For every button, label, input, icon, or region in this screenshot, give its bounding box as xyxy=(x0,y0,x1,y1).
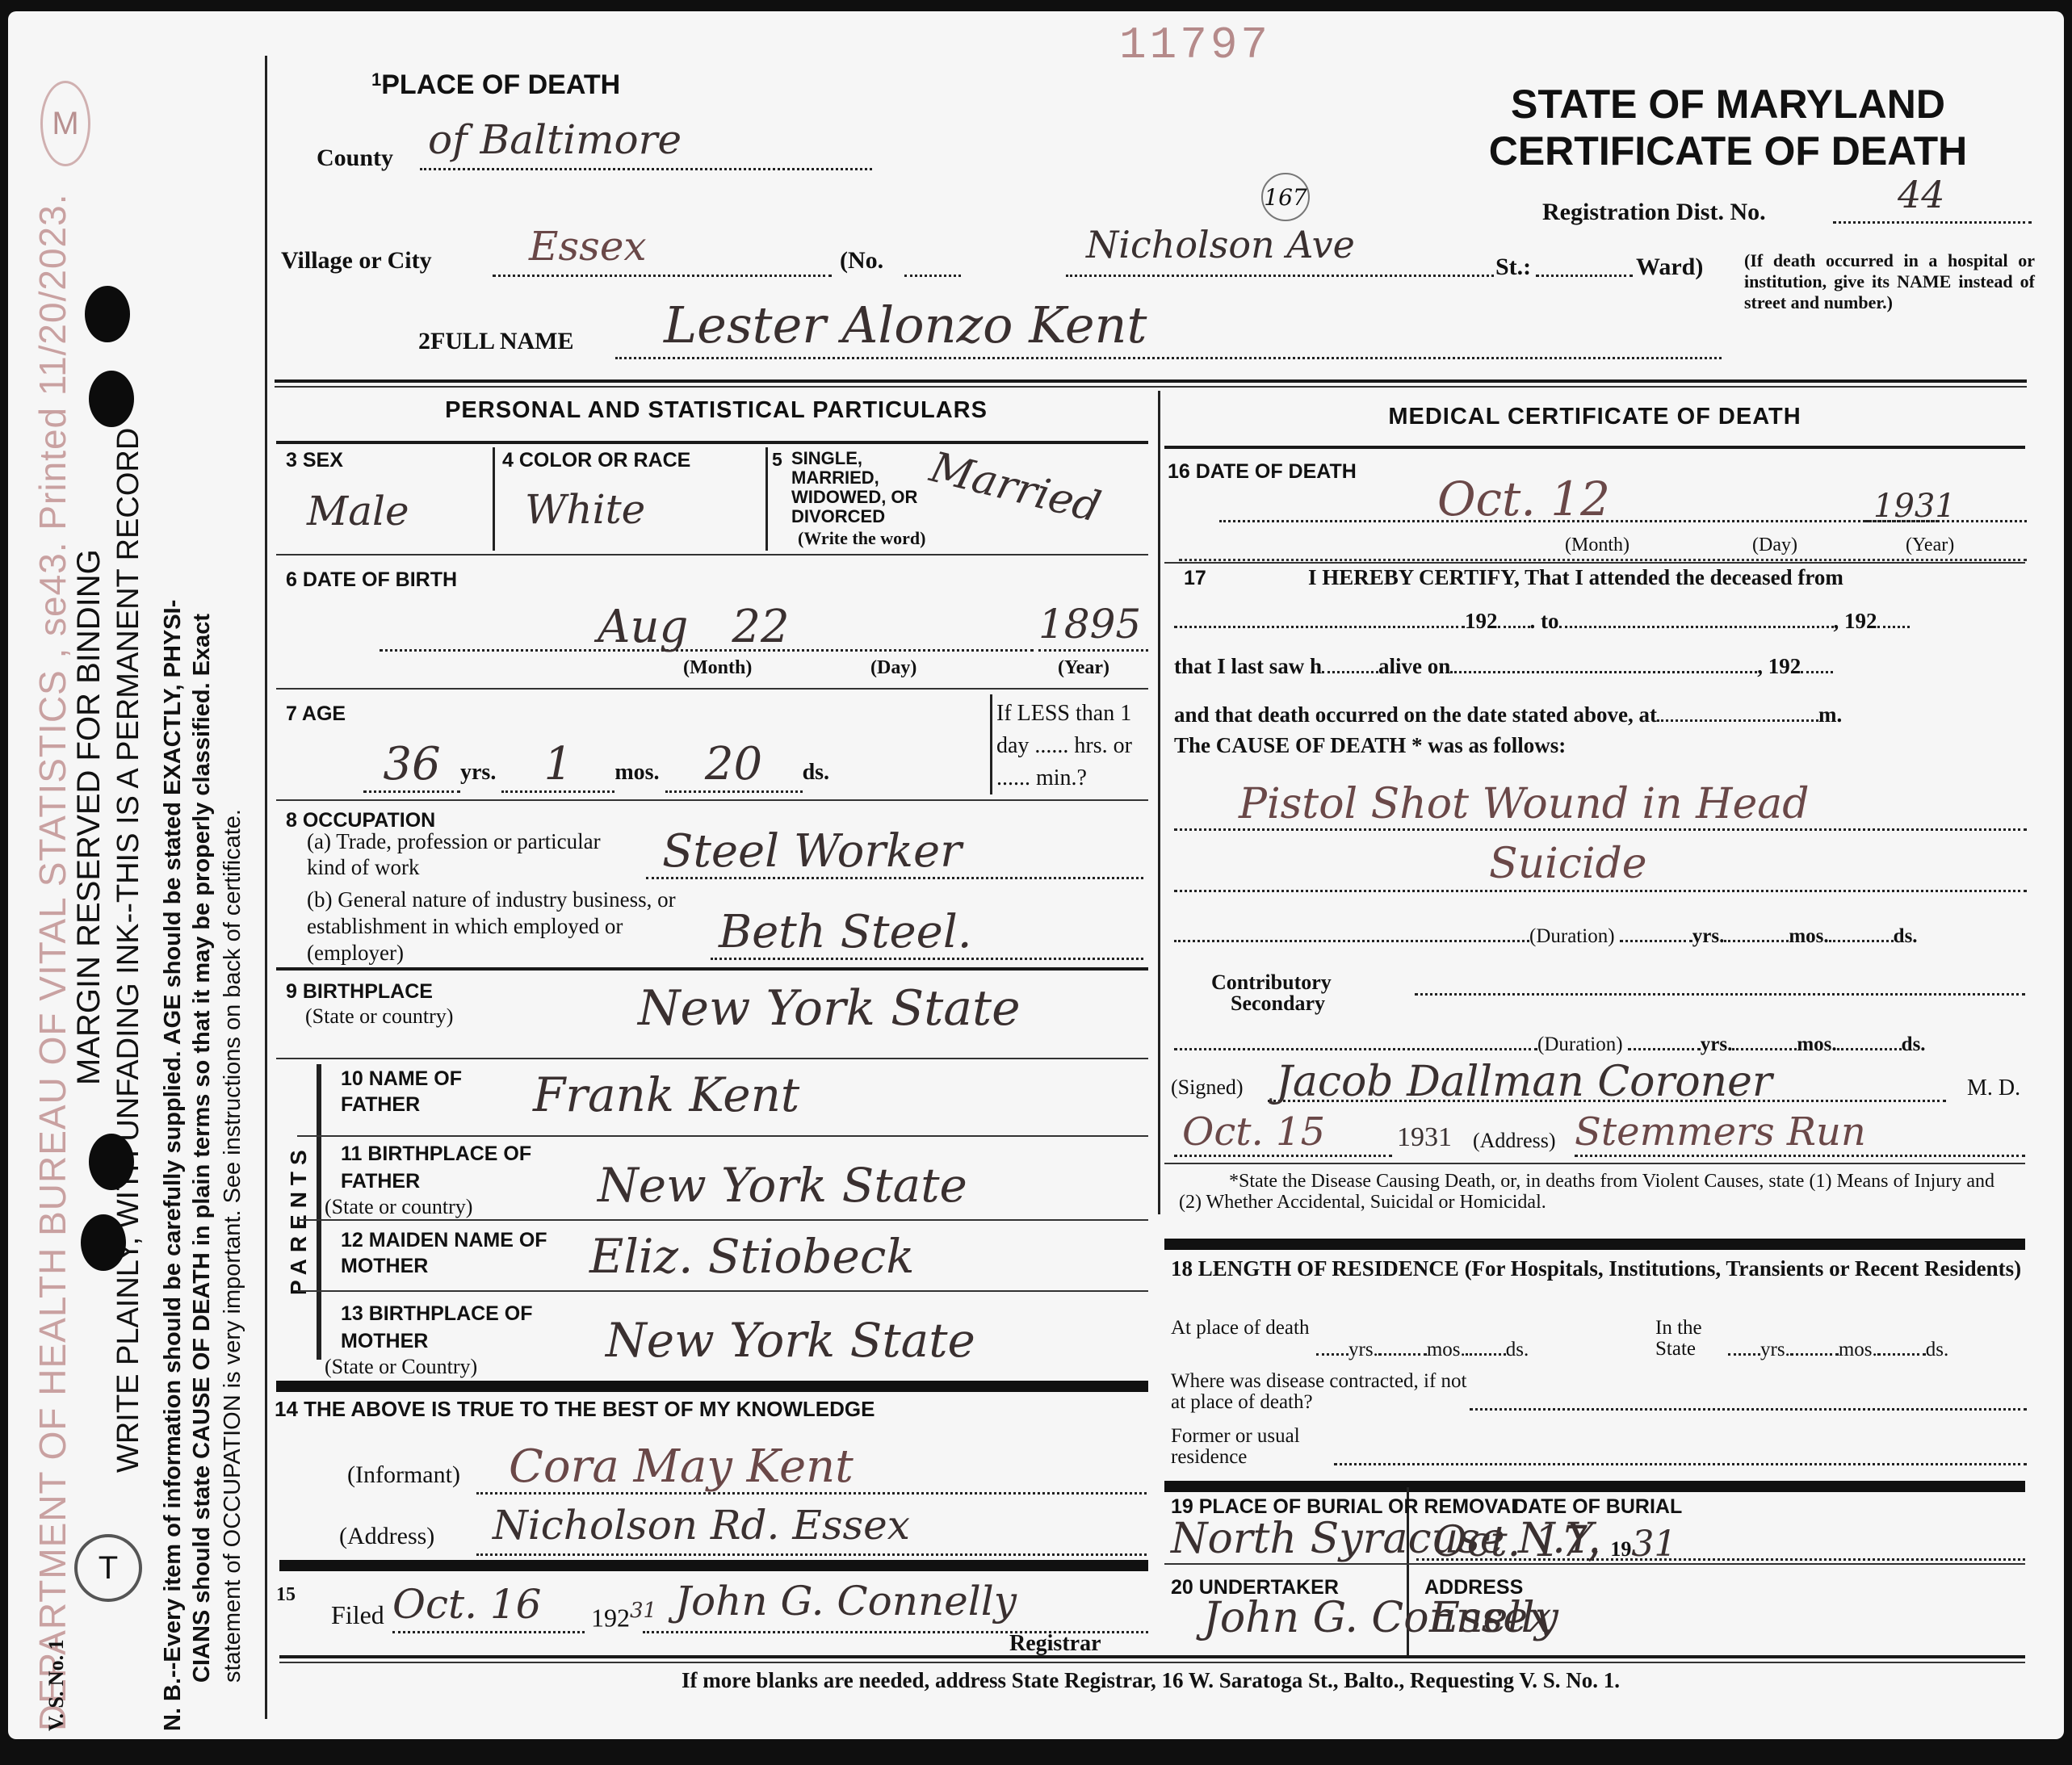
row-rule xyxy=(297,1290,1148,1292)
parents-bracket xyxy=(317,1064,321,1360)
mother-birthplace-label: 13 BIRTHPLACE OF MOTHER xyxy=(341,1300,551,1355)
age-label: 7 AGE xyxy=(286,702,346,726)
printed-stamp-text: DEPARTMENT OF HEALTH BUREAU OF VITAL STA… xyxy=(31,194,74,1732)
age-years-field[interactable]: 36 xyxy=(363,738,460,793)
in-state-ds-field[interactable] xyxy=(1877,1353,1926,1356)
serial-number: 11797 xyxy=(1119,19,1271,71)
father-birthplace-label: 11 BIRTHPLACE OF FATHER xyxy=(341,1140,551,1195)
attended-from-year-field[interactable] xyxy=(1498,626,1530,628)
hospital-note: (If death occurred in a hospital or inst… xyxy=(1744,250,2035,313)
street-suffix-label: St.: xyxy=(1495,254,1531,281)
father-name-value[interactable]: Frank Kent xyxy=(533,1067,799,1122)
day-caption: (Day) xyxy=(870,657,916,679)
street-number-label: (No. xyxy=(840,247,883,275)
in-state-mos-field[interactable] xyxy=(1790,1353,1839,1356)
registrar-label: Registrar xyxy=(1009,1631,1101,1657)
footer-rule xyxy=(279,1662,2025,1663)
city-field[interactable]: Essex xyxy=(493,223,832,277)
death-certificate: DEPARTMENT OF HEALTH BUREAU OF VITAL STA… xyxy=(8,11,2064,1739)
in-state-label: In the State xyxy=(1655,1318,1728,1360)
write-plainly-text: WRITE PLAINLY, WITH UNFADING INK--THIS I… xyxy=(111,428,146,1473)
year-caption: (Year) xyxy=(1058,657,1109,679)
race-label: 4 COLOR OR RACE xyxy=(502,449,690,472)
at-place-yrs-field[interactable] xyxy=(1316,1353,1348,1356)
occupation-a-label: (a) Trade, profession or particular kind… xyxy=(307,828,630,880)
duration-yrs-field[interactable] xyxy=(1620,940,1692,942)
date-of-death-captions: (Month) (Day) (Year) xyxy=(1179,535,2027,561)
mother-birthplace-value[interactable]: New York State xyxy=(606,1313,975,1368)
father-birthplace-value[interactable]: New York State xyxy=(598,1158,967,1213)
month-caption: (Month) xyxy=(683,657,752,679)
signed-label: (Signed) xyxy=(1171,1075,1244,1100)
cell-divider xyxy=(493,447,495,551)
row-rule xyxy=(276,1381,1148,1392)
occupation-a-field[interactable]: Steel Worker xyxy=(646,825,1143,879)
mother-maiden-label: 12 MAIDEN NAME OF MOTHER xyxy=(341,1227,551,1279)
duration-ds-field[interactable] xyxy=(1829,940,1894,942)
attended-to-field[interactable] xyxy=(1559,626,1834,628)
section-rule xyxy=(1164,446,2025,449)
residence-label: 18 LENGTH OF RESIDENCE (For Hospitals, I… xyxy=(1171,1255,2027,1282)
nb-instructions-line3: statement of OCCUPATION is very importan… xyxy=(220,809,246,1683)
race-value[interactable]: White xyxy=(525,486,645,533)
row-rule xyxy=(1164,1481,2025,1492)
county-field[interactable]: of Baltimore xyxy=(420,116,872,170)
signed-year[interactable]: 1931 xyxy=(1397,1122,1452,1153)
certificate-title: STATE OF MARYLAND CERTIFICATE OF DEATH xyxy=(1462,81,1994,174)
place-of-death-heading: 1PLACE OF DEATH xyxy=(371,69,620,101)
mother-maiden-value[interactable]: Eliz. Stiobeck xyxy=(589,1229,914,1284)
date-of-death-year-field[interactable]: 1931 xyxy=(1865,488,2027,522)
informant-field[interactable]: Cora May Kent xyxy=(476,1440,1147,1495)
medical-section-title: MEDICAL CERTIFICATE OF DEATH xyxy=(1163,404,2027,430)
at-place-units: yrs.mos.ds. xyxy=(1316,1339,1529,1361)
row-rule xyxy=(1164,562,2025,564)
marital-number: 5 xyxy=(772,449,782,471)
cell-divider xyxy=(765,447,768,551)
duration-row-2: (Duration) yrs.mos.ds. xyxy=(1174,1033,2027,1056)
registration-dist-label: Registration Dist. No. xyxy=(1542,199,1766,226)
full-name-label: 2FULL NAME xyxy=(418,328,574,355)
section-rule xyxy=(276,441,1148,444)
age-days-field[interactable]: 20 xyxy=(665,738,803,793)
ward-label: Ward) xyxy=(1636,254,1703,281)
undertaker-address-value[interactable]: Essex xyxy=(1429,1594,1551,1642)
county-label: County xyxy=(317,145,393,172)
father-name-label: 10 NAME OF FATHER xyxy=(341,1066,518,1117)
physician-address-field[interactable]: Stemmers Run xyxy=(1575,1109,2025,1157)
row-rule xyxy=(297,1219,1148,1221)
row-rule xyxy=(1164,1239,2025,1250)
row-rule xyxy=(279,1560,1148,1571)
registration-dist-field[interactable]: 44 xyxy=(1833,173,2032,224)
binding-margin-text: MARGIN RESERVED FOR BINDING xyxy=(71,549,107,1085)
certify-line3: that I last saw halive on, 192 xyxy=(1174,654,2027,679)
row-rule xyxy=(276,799,1148,801)
filed-label: Filed xyxy=(331,1600,384,1630)
duration-mos-field[interactable] xyxy=(1724,940,1789,942)
age-months-field[interactable]: 1 xyxy=(501,738,614,793)
informant-address-field[interactable]: Nicholson Rd. Essex xyxy=(476,1502,1147,1556)
row-rule xyxy=(276,967,1148,971)
birthplace-label: 9 BIRTHPLACE xyxy=(286,980,433,1004)
contributory-yrs-field[interactable] xyxy=(1628,1048,1701,1050)
date-of-death-field[interactable]: Oct. 12 xyxy=(1219,472,1938,522)
contributory-ds-field[interactable] xyxy=(1837,1048,1902,1050)
nb-instructions-line1: N. B.--Every item of information should … xyxy=(160,600,187,1731)
burial-date-label: DATE OF BURIAL xyxy=(1432,1495,1682,1519)
punch-hole-icon xyxy=(81,1214,126,1271)
city-label: Village or City xyxy=(281,247,432,275)
punch-hole-icon xyxy=(89,371,134,427)
attended-to-year-field[interactable] xyxy=(1877,626,1910,628)
cause-of-death-label: The CAUSE OF DEATH * was as follows: xyxy=(1174,733,1566,758)
dob-month-day-field[interactable]: Aug 22 xyxy=(380,601,1034,652)
t-stamp-icon: T xyxy=(74,1534,142,1602)
physician-signature-field[interactable]: Jacob Dallman Coroner xyxy=(1268,1058,1946,1102)
marital-hint: (Write the word) xyxy=(798,528,925,549)
certify-number: 17 xyxy=(1184,567,1206,590)
informant-statement: 14 THE ABOVE IS TRUE TO THE BEST OF MY K… xyxy=(275,1397,875,1422)
dob-year-field[interactable]: 1895 xyxy=(1038,601,1148,652)
row-rule xyxy=(1164,1163,2025,1164)
signed-date-field[interactable]: Oct. 15 xyxy=(1174,1109,1392,1157)
duration-field[interactable] xyxy=(1174,940,1529,942)
informant-label: (Informant) xyxy=(347,1461,460,1489)
sex-label: 3 SEX xyxy=(286,449,343,472)
registrar-signature-field[interactable]: John G. Connelly xyxy=(643,1578,1148,1633)
full-name-field[interactable]: Lester Alonzo Kent xyxy=(615,296,1722,359)
last-saw-year-field[interactable] xyxy=(1801,671,1833,673)
contributory-label: Contributory Secondary xyxy=(1211,972,1332,1014)
disease-contracted-field[interactable] xyxy=(1470,1389,2027,1411)
time-of-death-field[interactable] xyxy=(1657,719,1818,722)
cell-divider xyxy=(990,694,992,794)
attended-from-field[interactable] xyxy=(1174,626,1465,628)
cause-line1-field[interactable]: Pistol Shot Wound in Head xyxy=(1174,780,2027,831)
footer-note: If more blanks are needed, address State… xyxy=(275,1668,2027,1693)
punch-hole-icon xyxy=(85,286,130,342)
column-divider xyxy=(1158,391,1160,1214)
age-row: 36yrs. 1mos. 20ds. xyxy=(363,738,829,793)
in-state-yrs-field[interactable] xyxy=(1728,1353,1760,1356)
nb-instructions-line2: CIANS should state CAUSE OF DEATH in pla… xyxy=(189,614,216,1683)
punch-hole-icon xyxy=(89,1134,134,1190)
contributory-field[interactable] xyxy=(1415,969,2025,996)
less-than-day-label: If LESS than 1 day ...... hrs. or ......… xyxy=(996,698,1150,794)
md-label: M. D. xyxy=(1967,1075,2020,1101)
row-rule xyxy=(276,688,1148,690)
burial-date-field[interactable]: Oct. 17, 1931 xyxy=(1416,1518,2025,1561)
birthplace-value[interactable]: New York State xyxy=(638,980,1021,1037)
in-state-units: yrs.mos.ds. xyxy=(1728,1339,1948,1361)
filed-date-field[interactable]: Oct. 16 xyxy=(392,1581,585,1633)
personal-section-title: PERSONAL AND STATISTICAL PARTICULARS xyxy=(275,397,1158,424)
duration-row-1: (Duration) yrs.mos.ds. xyxy=(1174,925,2027,948)
contributory-mos-field[interactable] xyxy=(1732,1048,1797,1050)
filed-number: 15 xyxy=(276,1584,296,1606)
physician-address-label: (Address) xyxy=(1473,1129,1556,1153)
ward-field[interactable] xyxy=(1536,237,1633,277)
occupation-b-label: (b) General nature of industry business,… xyxy=(307,887,711,966)
dob-label: 6 DATE OF BIRTH xyxy=(286,568,457,592)
occupation-b-field[interactable]: Beth Steel. xyxy=(711,906,1143,960)
informant-address-label: (Address) xyxy=(339,1523,434,1550)
form-id: V. S. No. 1 xyxy=(44,1639,69,1731)
circled-number: 167 xyxy=(1261,173,1310,221)
footer-rule xyxy=(279,1655,2025,1658)
at-place-of-death-row: At place of death xyxy=(1171,1318,1309,1339)
m-stamp-icon: M xyxy=(40,81,90,166)
row-rule xyxy=(276,554,1148,555)
row-rule xyxy=(276,1058,1148,1059)
at-place-mos-field[interactable] xyxy=(1378,1353,1427,1356)
certify-line4: and that death occurred on the date stat… xyxy=(1174,702,2027,727)
binding-rule xyxy=(265,56,267,1719)
section-rule xyxy=(275,386,2027,388)
disease-contracted-label: Where was disease contracted, if not at … xyxy=(1171,1371,1478,1413)
street-field[interactable]: Nicholson Ave xyxy=(1066,223,1494,277)
row-rule xyxy=(297,1135,1148,1137)
row-rule xyxy=(1164,1563,2025,1565)
sex-value[interactable]: Male xyxy=(307,488,409,535)
former-residence-field[interactable] xyxy=(1334,1444,2027,1465)
street-number-field[interactable] xyxy=(904,229,961,277)
last-saw-pronoun-field[interactable] xyxy=(1322,671,1378,673)
father-birthplace-hint: (State or country) xyxy=(325,1195,472,1219)
certify-line2: 192. to, 192 xyxy=(1174,609,2027,634)
mother-birthplace-hint: (State or Country) xyxy=(325,1355,477,1379)
cause-footnote: *State the Disease Causing Death, or, in… xyxy=(1179,1171,1994,1213)
birthplace-hint: (State or country) xyxy=(305,1004,453,1029)
contributory-duration-field[interactable] xyxy=(1174,1048,1537,1050)
last-saw-date-field[interactable] xyxy=(1450,671,1757,673)
certify-line1: I HEREBY CERTIFY, That I attended the de… xyxy=(1308,565,1843,590)
cause-line2-field[interactable]: Suicide xyxy=(1174,840,2027,892)
at-place-ds-field[interactable] xyxy=(1466,1353,1506,1356)
section-rule xyxy=(275,379,2027,383)
